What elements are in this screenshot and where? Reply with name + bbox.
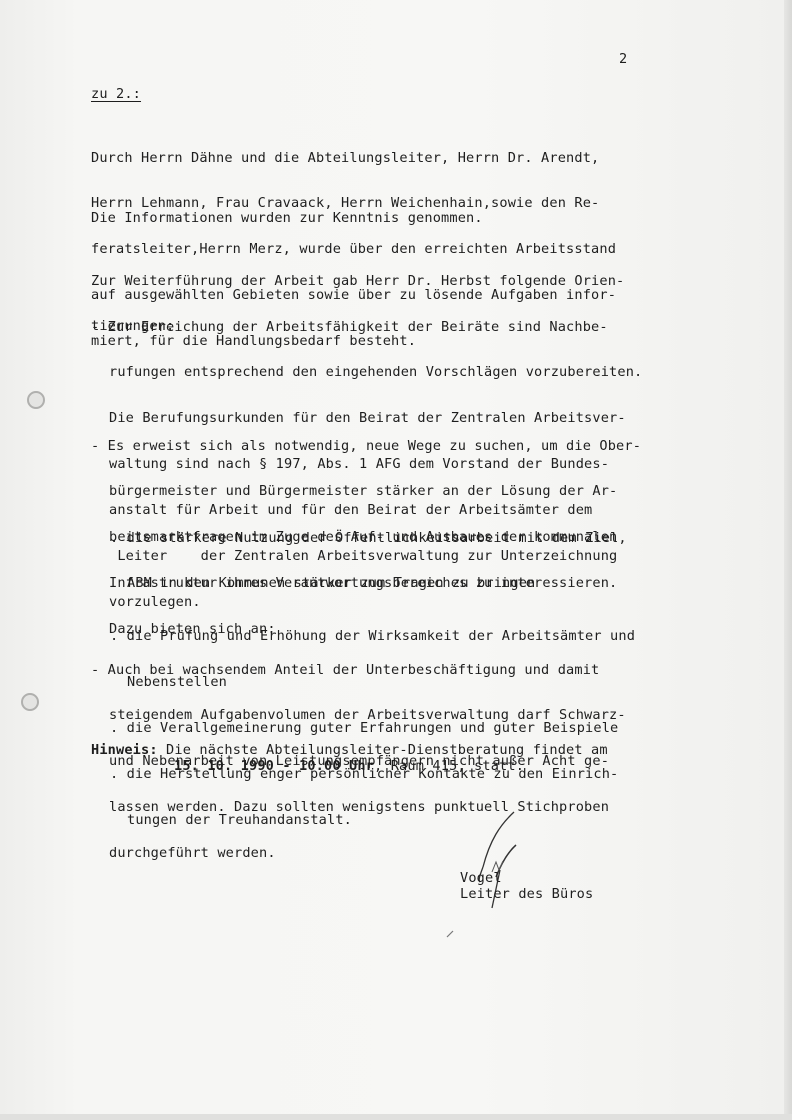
text-line: - Zur Erreichung der Arbeitsfähigkeit de… bbox=[91, 320, 642, 335]
notice-text: Die nächste Abteilungsleiter-Dienstberat… bbox=[158, 742, 608, 758]
signatory-title: Leiter des Büros bbox=[460, 887, 593, 902]
paragraph-acknowledged: Die Informationen wurden zur Kenntnis ge… bbox=[91, 211, 483, 226]
page-edge bbox=[784, 0, 792, 1120]
text-line: steigendem Aufgabenvolumen der Arbeitsve… bbox=[91, 708, 626, 723]
text-line: rufungen entsprechend den eingehenden Vo… bbox=[91, 365, 642, 380]
text-line: bürgermeister und Bürgermeister stärker … bbox=[91, 484, 641, 499]
sub-item: . die stärkere Nutzung der Öffentlichkei… bbox=[110, 531, 635, 546]
page-number: 2 bbox=[619, 52, 627, 67]
section-heading: zu 2.: bbox=[91, 87, 141, 102]
page-edge-bottom bbox=[0, 1114, 792, 1120]
document-page: 2 zu 2.: Durch Herrn Dähne und die Abtei… bbox=[0, 0, 792, 1120]
text-line: - Auch bei wachsendem Anteil der Unterbe… bbox=[91, 663, 626, 678]
text-line: Durch Herrn Dähne und die Abteilungsleit… bbox=[91, 151, 616, 166]
text-line: - Es erweist sich als notwendig, neue We… bbox=[91, 439, 641, 454]
signatory-name: Vogel bbox=[460, 871, 502, 886]
notice-date-line: 15. 10. 1990 - 10.00 Uhr, Raum 415, stat… bbox=[174, 759, 524, 774]
meeting-datetime: 15. 10. 1990 - 10.00 Uhr bbox=[174, 758, 374, 774]
text-line: Zur Weiterführung der Arbeit gab Herr Dr… bbox=[91, 274, 624, 289]
notice: Hinweis: Die nächste Abteilungsleiter-Di… bbox=[91, 743, 608, 758]
punch-hole bbox=[27, 391, 45, 409]
text-line: ABM in den Kommunen stärker zum Tragen z… bbox=[110, 576, 635, 591]
punch-hole bbox=[21, 693, 39, 711]
notice-label: Hinweis: bbox=[91, 742, 158, 758]
meeting-room: , Raum 415, statt. bbox=[374, 758, 524, 774]
